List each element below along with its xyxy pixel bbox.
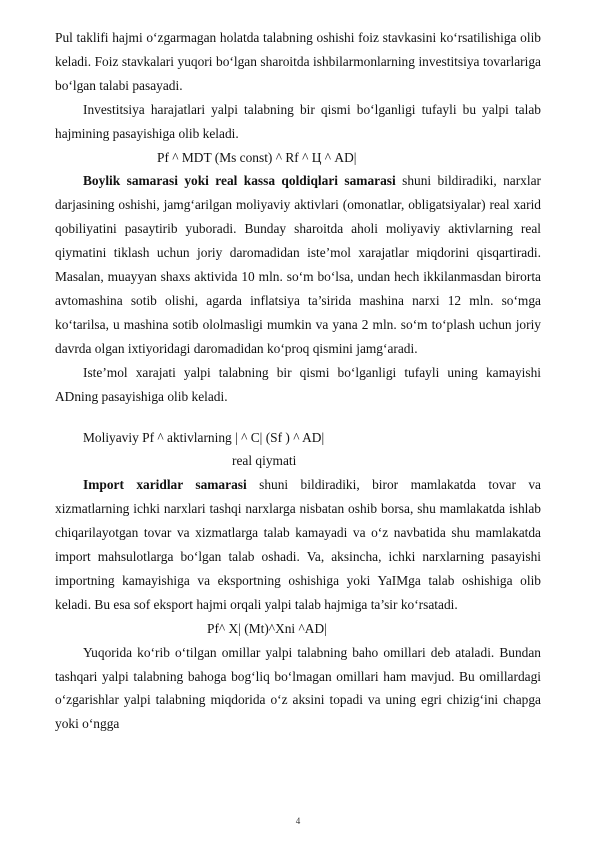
paragraph-import-effect: Import xaridlar samarasi shuni bildiradi…: [55, 473, 541, 616]
formula-interest-rate-effect: Pf ^ MDT (Ms const) ^ Rf ^ Ц ^ AD|: [55, 146, 541, 170]
paragraph-import-effect-text: shuni bildiradiki, biror mamlakatda tova…: [55, 477, 541, 612]
blank-spacer: [55, 409, 541, 426]
paragraph-investment-expenses: Investitsiya harajatlari yalpi talabning…: [55, 98, 541, 146]
paragraph-wealth-effect-text: shuni bildiradiki, narxlar darjasining o…: [55, 173, 541, 355]
formula-wealth-effect: Moliyaviy Pf ^ aktivlarning | ^ C| (Sf )…: [55, 426, 541, 450]
paragraph-money-supply: Pul taklifi hajmi o‘zgarmagan holatda ta…: [55, 26, 541, 98]
term-wealth-effect: Boylik samarasi yoki real kassa qoldiqla…: [83, 173, 396, 188]
formula-wealth-effect-subscript: real qiymati: [55, 449, 541, 473]
page-number: 4: [0, 816, 596, 826]
paragraph-consumption-expenses: Iste’mol xarajati yalpi talabning bir qi…: [55, 361, 541, 409]
page-body: Pul taklifi hajmi o‘zgarmagan holatda ta…: [55, 26, 541, 736]
term-import-effect: Import xaridlar samarasi: [83, 477, 247, 492]
paragraph-non-price-factors: Yuqorida ko‘rib o‘tilgan omillar yalpi t…: [55, 641, 541, 737]
document-page: Pul taklifi hajmi o‘zgarmagan holatda ta…: [0, 0, 596, 842]
formula-import-effect: Pf^ X| (Mt)^Xni ^AD|: [55, 617, 541, 641]
paragraph-wealth-effect: Boylik samarasi yoki real kassa qoldiqla…: [55, 169, 541, 360]
